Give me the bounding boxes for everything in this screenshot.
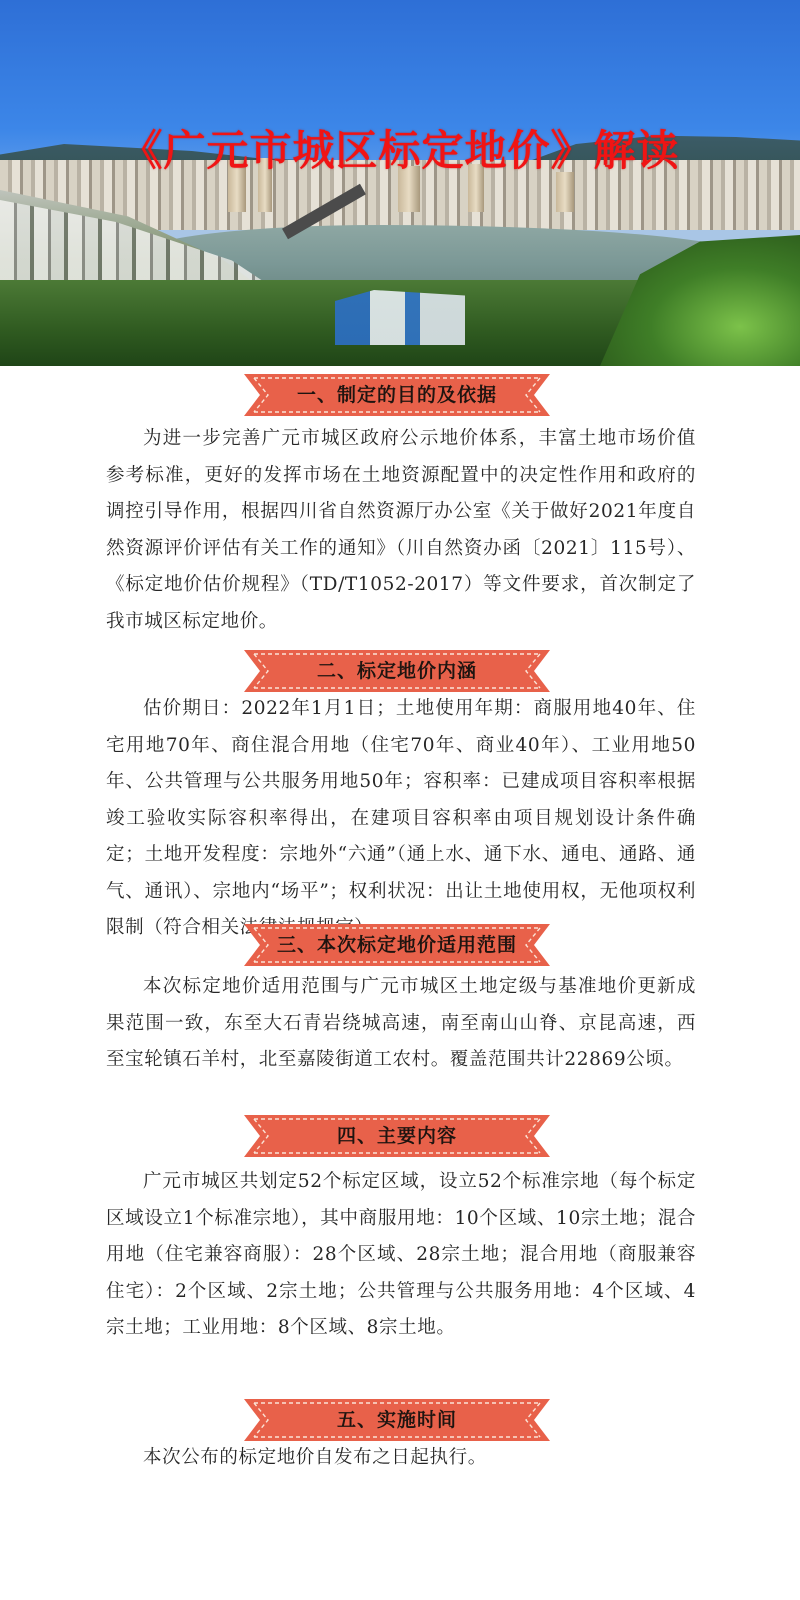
section-heading-ribbon: 五、实施时间 [244,1397,550,1443]
section-body: 为进一步完善广元市城区政府公示地价体系，丰富土地市场价值参考标准，更好的发挥市场… [106,421,696,640]
page-title: 《广元市城区标定地价》解读 [0,118,800,178]
section-heading: 一、制定的目的及依据 [244,372,550,418]
building [556,172,574,212]
section-heading: 二、标定地价内涵 [244,648,550,694]
section-body: 本次公布的标定地价自发布之日起执行。 [106,1440,696,1477]
section-body: 估价期日：2022年1月1日；土地使用年期：商服用地40年、住宅用地70年、商住… [106,691,696,947]
section-body: 本次标定地价适用范围与广元市城区土地定级与基准地价更新成果范围一致，东至大石青岩… [106,969,696,1079]
section-heading: 三、本次标定地价适用范围 [244,922,550,968]
section-heading-ribbon: 二、标定地价内涵 [244,648,550,694]
section-heading-ribbon: 三、本次标定地价适用范围 [244,922,550,968]
section-heading-ribbon: 四、主要内容 [244,1113,550,1159]
section-heading: 四、主要内容 [244,1113,550,1159]
section-body: 广元市城区共划定52个标定区域，设立52个标准宗地（每个标定区域设立1个标准宗地… [106,1164,696,1347]
section-heading-ribbon: 一、制定的目的及依据 [244,372,550,418]
section-heading: 五、实施时间 [244,1397,550,1443]
blue-roof-buildings [335,290,465,345]
hero-banner-image: 《广元市城区标定地价》解读 [0,0,800,366]
